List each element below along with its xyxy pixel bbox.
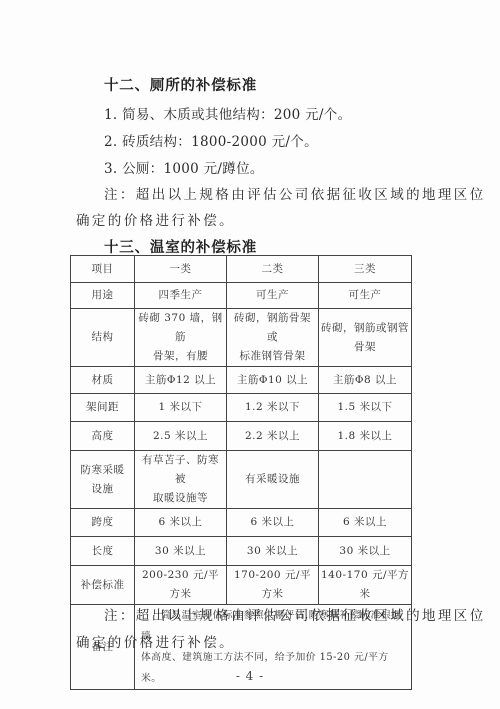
table-row-span: 跨度 6 米以上 6 米以上 6 米以上 xyxy=(71,509,412,537)
page-number: - 4 - xyxy=(0,669,500,683)
row-label: 材质 xyxy=(71,367,135,394)
section-13-heading: 十三、温室的补偿标准 xyxy=(104,236,257,257)
row-label: 结构 xyxy=(71,309,135,367)
row-label: 补偿标准 xyxy=(71,566,135,605)
cell: 170-200 元/平方米 xyxy=(227,566,319,605)
table-row-compensation: 补偿标准 200-230 元/平方米 170-200 元/平方米 140-170… xyxy=(71,566,412,605)
section-12-item-3: 3. 公厕：1000 元/蹲位。 xyxy=(104,157,264,177)
cell: 1.2 米以下 xyxy=(227,394,319,422)
row-label: 长度 xyxy=(71,537,135,566)
cell: 砖砌，钢筋或钢管骨架 xyxy=(319,309,412,367)
table-row-material: 材质 主筋Φ12 以上 主筋Φ10 以上 主筋Φ8 以上 xyxy=(71,367,412,394)
header-item: 项目 xyxy=(71,256,135,283)
table-row-height: 高度 2.5 米以上 2.2 米以上 1.8 米以上 xyxy=(71,422,412,451)
cell-line: 取暖设施等 xyxy=(137,489,224,508)
cell: 200-230 元/平方米 xyxy=(135,566,227,605)
cell: 有采暖设施 xyxy=(227,451,319,509)
cell: 140-170 元/平方米 xyxy=(319,566,412,605)
cell: 砖砌，钢筋骨架或标准钢管骨架 xyxy=(227,309,319,367)
cell-line: 砖砌 370 墙，钢筋 xyxy=(137,309,224,347)
table-row-heating-facilities: 防寒采暖设施 有草苫子、防寒被取暖设施等 有采暖设施 xyxy=(71,451,412,509)
cell: 可生产 xyxy=(227,283,319,309)
row-label: 用途 xyxy=(71,283,135,309)
cell-line: 砖砌，钢筋骨架或 xyxy=(229,309,316,347)
cell: 主筋Φ10 以上 xyxy=(227,367,319,394)
section-12-note-line-1: 注：超出以上规格由评估公司依据征收区域的地理区位 xyxy=(104,183,486,203)
cell xyxy=(319,451,412,509)
row-label: 跨度 xyxy=(71,509,135,537)
cell: 30 米以上 xyxy=(319,537,412,566)
table-row-usage: 用途 四季生产 可生产 可生产 xyxy=(71,283,412,309)
table-row-frame-spacing: 架间距 1 米以下 1.2 米以下 1.5 米以下 xyxy=(71,394,412,422)
cell-line: 标准钢管骨架 xyxy=(229,347,316,366)
cell: 6 米以上 xyxy=(135,509,227,537)
section-12-heading: 十二、厕所的补偿标准 xyxy=(104,74,257,95)
header-class-2: 二类 xyxy=(227,256,319,283)
cell: 30 米以上 xyxy=(135,537,227,566)
greenhouse-compensation-table: 项目 一类 二类 三类 用途 四季生产 可生产 可生产 结构 砖砌 370 墙，… xyxy=(70,255,412,690)
cell: 6 米以上 xyxy=(319,509,412,537)
header-class-3: 三类 xyxy=(319,256,412,283)
cell: 可生产 xyxy=(319,283,412,309)
header-class-1: 一类 xyxy=(135,256,227,283)
cell: 砖砌 370 墙，钢筋骨架，有腰 xyxy=(135,309,227,367)
row-label: 防寒采暖设施 xyxy=(71,451,135,509)
row-label: 架间距 xyxy=(71,394,135,422)
section-13-note-line-1: 注：超出以上规格由评估公司依据征收区域的地理区位 xyxy=(104,604,486,624)
section-12-item-1: 1. 简易、木质或其他结构：200 元/个。 xyxy=(104,103,351,123)
cell-line: 砖砌，钢筋或钢管 xyxy=(321,319,409,338)
section-12-item-2: 2. 砖质结构：1800-2000 元/个。 xyxy=(104,130,318,150)
cell-line: 骨架 xyxy=(321,338,409,357)
table-row-structure: 结构 砖砌 370 墙，钢筋骨架，有腰 砖砌，钢筋骨架或标准钢管骨架 砖砌，钢筋… xyxy=(71,309,412,367)
cell-line: 骨架，有腰 xyxy=(137,347,224,366)
cell: 主筋Φ8 以上 xyxy=(319,367,412,394)
cell: 1.5 米以下 xyxy=(319,394,412,422)
row-label: 高度 xyxy=(71,422,135,451)
cell: 四季生产 xyxy=(135,283,227,309)
cell: 主筋Φ12 以上 xyxy=(135,367,227,394)
cell: 1 米以下 xyxy=(135,394,227,422)
cell: 1.8 米以上 xyxy=(319,422,412,451)
section-13-note-line-2: 确定的价格进行补偿。 xyxy=(76,631,235,651)
cell: 30 米以上 xyxy=(227,537,319,566)
cell: 2.5 米以上 xyxy=(135,422,227,451)
label-line: 防寒采暖 xyxy=(73,461,132,480)
table-header-row: 项目 一类 二类 三类 xyxy=(71,256,412,283)
cell: 2.2 米以上 xyxy=(227,422,319,451)
cell-line: 有草苫子、防寒被 xyxy=(137,451,224,489)
table-row-length: 长度 30 米以上 30 米以上 30 米以上 xyxy=(71,537,412,566)
section-12-note-line-2: 确定的价格进行补偿。 xyxy=(76,209,235,229)
cell: 有草苫子、防寒被取暖设施等 xyxy=(135,451,227,509)
cell: 6 米以上 xyxy=(227,509,319,537)
label-line: 设施 xyxy=(73,480,132,499)
